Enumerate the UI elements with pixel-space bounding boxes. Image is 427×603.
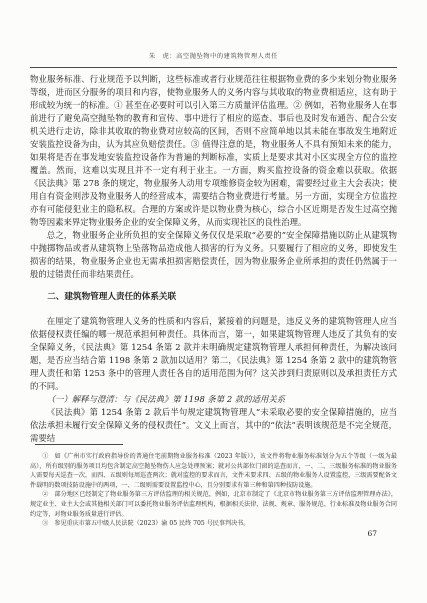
page-number: 67 [367, 529, 377, 538]
header-divider [30, 67, 397, 68]
body-paragraph: 物业服务标准、行业规范予以判断，这些标准或者行业规范往往根据物业费的多少来划分物… [30, 73, 397, 229]
footnotes-section: ① 如《广州市实行政府指导价的普通住宅前期物业服务标准（2023 年版）》，该文… [30, 444, 397, 529]
body-paragraph: 在厘定了建筑物管理人义务的性质和内容后，紧接着的问题是，违反义务的建筑物管理人应… [30, 315, 397, 393]
body-paragraph: 《民法典》第 1254 条第 2 款后半句规定建筑物管理人“未采取必要的安全保障… [30, 406, 397, 445]
body-paragraph: 总之，物业服务企业所负担的安全保障义务仅仅是采取“必要的”安全保障措施以防止从建… [30, 229, 397, 281]
footnote-2: ② 部分地区已经制定了物业服务第三方评估监理的相关规范，例如，北京市制定了《北京… [30, 490, 397, 519]
running-title: 朱 虎：高空抛坠物中的建筑物管理人责任 [30, 52, 397, 61]
footnote-1: ① 如《广州市实行政府指导价的普通住宅前期物业服务标准（2023 年版）》，该文… [30, 452, 397, 490]
section-heading: 二、建筑物管理人责任的体系关联 [30, 291, 397, 304]
footnote-3: ③ 参见重庆市第五中级人民法院（2023）渝 05 民终 705 号民事判决书。 [30, 519, 397, 529]
subsection-heading: （一）解释与澄清：与《民法典》第 1198 条第 2 款的适用关系 [30, 393, 397, 406]
paper-page: 朱 虎：高空抛坠物中的建筑物管理人责任 物业服务标准、行业规范予以判断，这些标准… [0, 0, 427, 603]
article-body: 物业服务标准、行业规范予以判断，这些标准或者行业规范往往根据物业费的多少来划分物… [30, 73, 397, 445]
footnote-divider [35, 444, 123, 445]
